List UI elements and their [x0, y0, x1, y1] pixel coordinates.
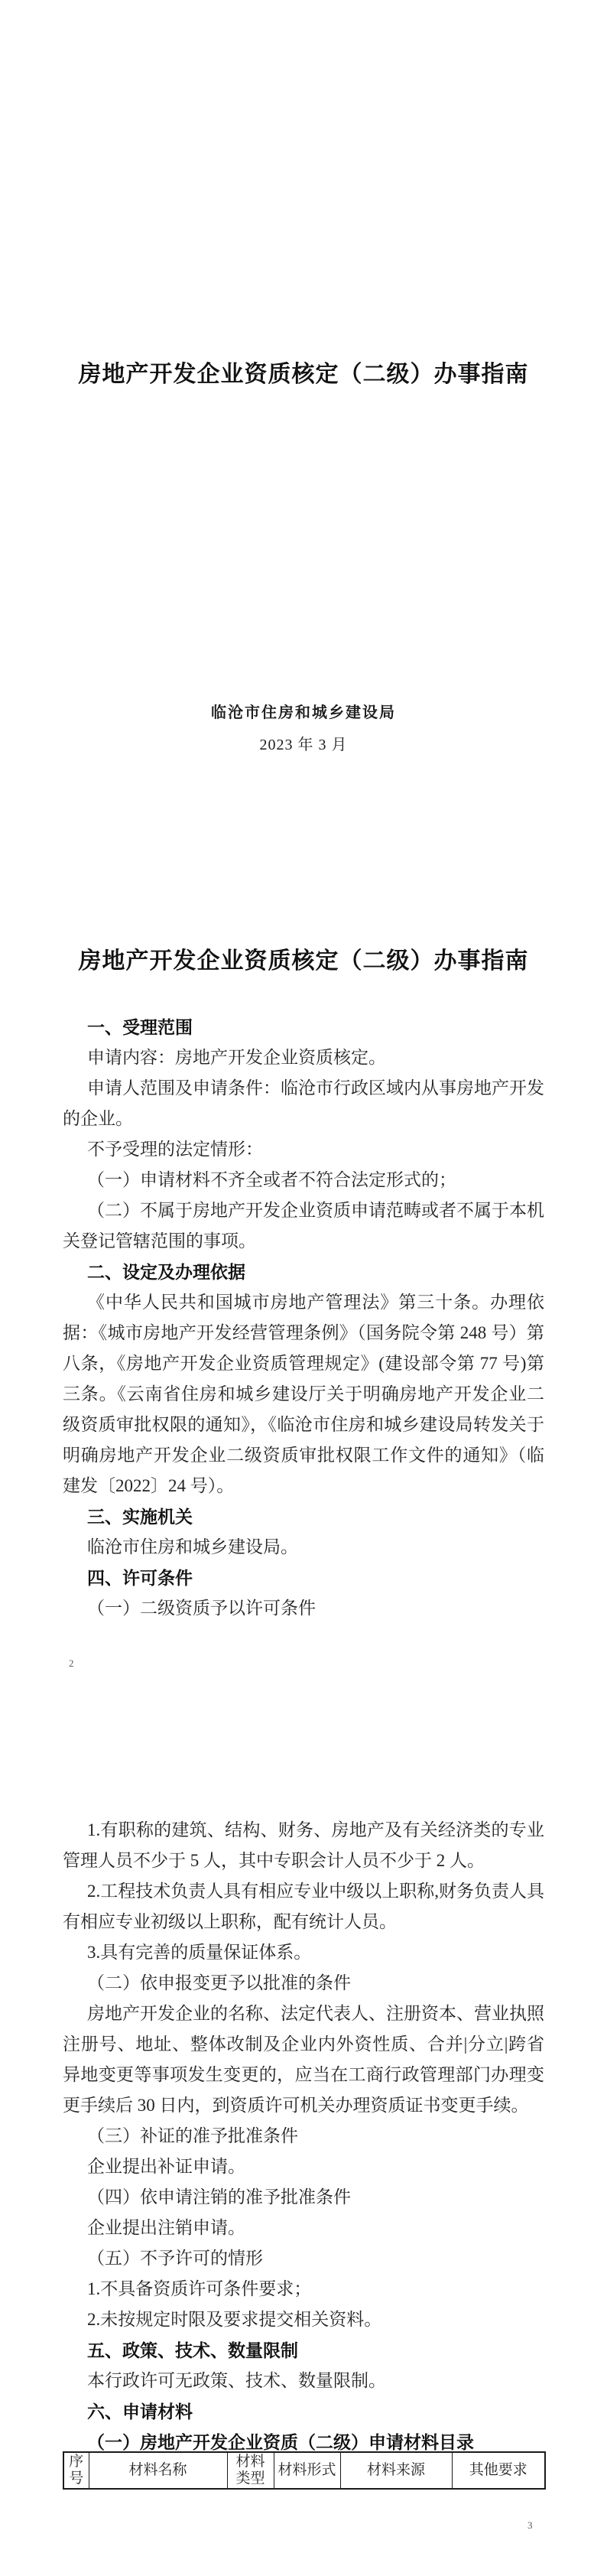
paragraph: （五）不予许可的情形	[63, 2243, 544, 2274]
paragraph: （一）二级资质予以许可条件	[63, 1593, 544, 1624]
section-heading: 二、设定及办理依据	[63, 1257, 544, 1287]
paragraph: （一）申请材料不齐全或者不符合法定形式的；	[63, 1165, 544, 1195]
section-heading: （一）房地产开发企业资质（二级）申请材料目录	[63, 2427, 544, 2457]
paragraph: 3.具有完善的质量保证体系。	[63, 1937, 544, 1968]
document-canvas: 房地产开发企业资质核定（二级）办事指南 临沧市住房和城乡建设局 2023 年 3…	[0, 0, 607, 2576]
paragraph: 房地产开发企业的名称、法定代表人、注册资本、营业执照注册号、地址、整体改制及企业…	[63, 1999, 544, 2121]
materials-column-header: 材料名称	[89, 2452, 227, 2489]
page-number-3: 3	[527, 2519, 533, 2532]
page-3: 1.有职称的建筑、结构、财务、房地产及有关经济类的专业管理人员不少于 5 人，其…	[0, 1717, 607, 2576]
paragraph: 申请内容：房地产开发企业资质核定。	[63, 1042, 544, 1073]
page-number-2: 2	[69, 1657, 74, 1670]
paragraph: 申请人范围及申请条件：临沧市行政区域内从事房地产开发的企业。	[63, 1073, 544, 1134]
paragraph: 1.不具备资质许可条件要求；	[63, 2274, 544, 2304]
paragraph: 临沧市住房和城乡建设局。	[63, 1532, 544, 1563]
paragraph: 企业提出补证申请。	[63, 2152, 544, 2182]
materials-column-header: 其他要求	[452, 2452, 545, 2489]
paragraph: 不予受理的法定情形：	[63, 1134, 544, 1165]
materials-table-header-row: 序号材料名称材料类型材料形式材料来源其他要求	[63, 2452, 545, 2489]
section-heading: 一、受理范围	[63, 1012, 544, 1042]
section-heading: 六、申请材料	[63, 2396, 544, 2427]
section-heading: 五、政策、技术、数量限制	[63, 2335, 544, 2366]
section-heading: 四、许可条件	[63, 1563, 544, 1593]
paragraph: （二）依申报变更予以批准的条件	[63, 1968, 544, 1999]
paragraph: （二）不属于房地产开发企业资质申请范畴或者不属于本机关登记管辖范围的事项。	[63, 1195, 544, 1257]
paragraph: 1.有职称的建筑、结构、财务、房地产及有关经济类的专业管理人员不少于 5 人，其…	[63, 1815, 544, 1876]
paragraph: 本行政许可无政策、技术、数量限制。	[63, 2366, 544, 2396]
materials-column-header: 材料形式	[274, 2452, 340, 2489]
paragraph: 2.工程技术负责人具有相应专业中级以上职称,财务负责人具有相应专业初级以上职称，…	[63, 1876, 544, 1937]
section-heading: 三、实施机关	[63, 1501, 544, 1532]
document-title-repeat: 房地产开发企业资质核定（二级）办事指南	[0, 945, 607, 978]
paragraph: 《中华人民共和国城市房地产管理法》第三十条。办理依据：《城市房地产开发经营管理条…	[63, 1287, 544, 1501]
materials-column-header: 材料类型	[227, 2452, 274, 2489]
paragraph: （三）补证的准予批准条件	[63, 2121, 544, 2152]
materials-column-header: 序号	[63, 2452, 89, 2489]
publication-date: 2023 年 3 月	[0, 731, 607, 759]
document-title: 房地产开发企业资质核定（二级）办事指南	[0, 358, 607, 392]
issuing-organization: 临沧市住房和城乡建设局	[0, 699, 607, 727]
page-3-content: 1.有职称的建筑、结构、财务、房地产及有关经济类的专业管理人员不少于 5 人，其…	[63, 1815, 544, 2457]
page-2: 房地产开发企业资质核定（二级）办事指南 一、受理范围申请内容：房地产开发企业资质…	[0, 859, 607, 1717]
paragraph: 2.未按规定时限及要求提交相关资料。	[63, 2304, 544, 2335]
paragraph: （四）依申请注销的准予批准条件	[63, 2182, 544, 2213]
page-2-content: 一、受理范围申请内容：房地产开发企业资质核定。申请人范围及申请条件：临沧市行政区…	[63, 1012, 544, 1624]
page-1-cover: 房地产开发企业资质核定（二级）办事指南 临沧市住房和城乡建设局 2023 年 3…	[0, 0, 607, 859]
paragraph: 企业提出注销申请。	[63, 2213, 544, 2243]
materials-column-header: 材料来源	[340, 2452, 452, 2489]
